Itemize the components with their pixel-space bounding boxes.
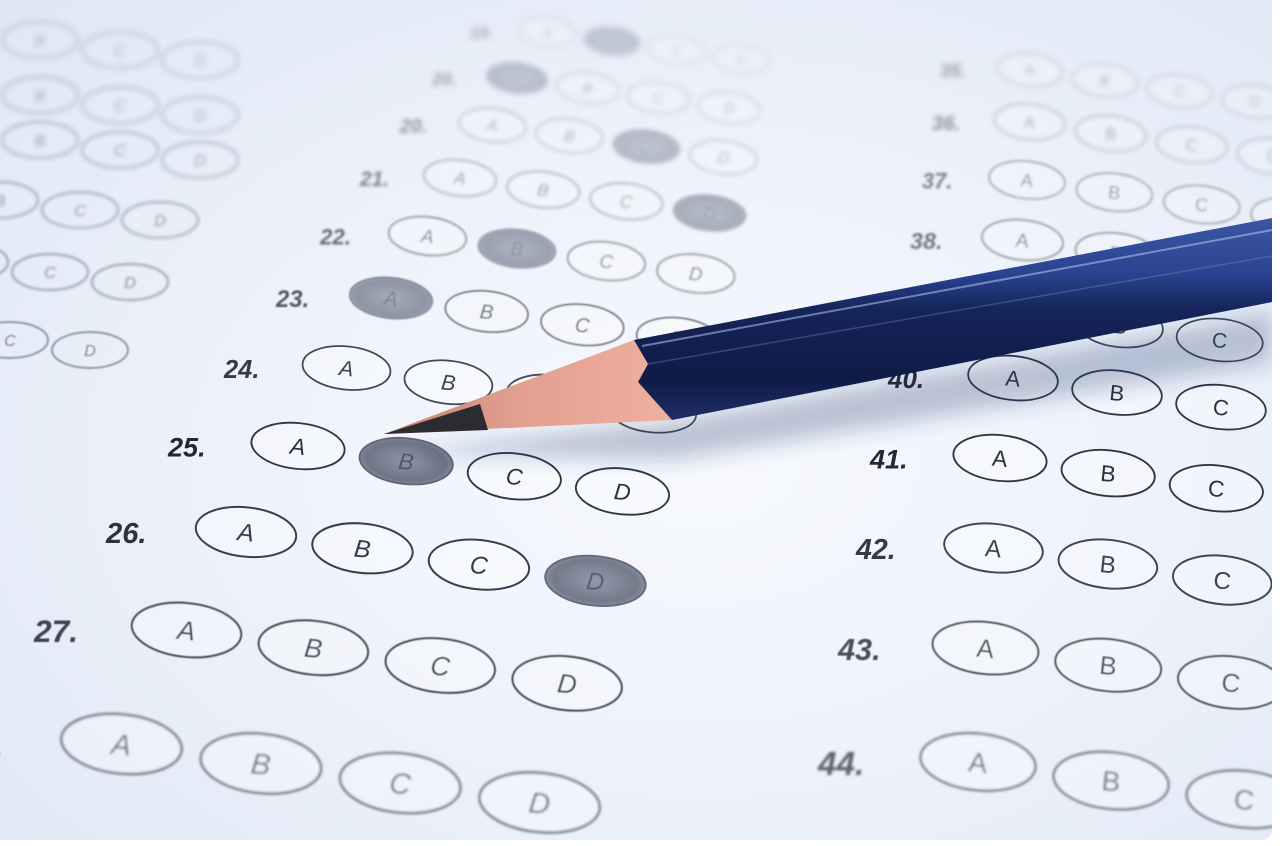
- bubble-b[interactable]: B: [198, 728, 324, 799]
- svg-text:B: B: [1099, 73, 1111, 91]
- svg-text:C: C: [469, 552, 490, 581]
- partial-row-fragment: BCD: [0, 244, 168, 300]
- svg-text:B: B: [1099, 460, 1117, 487]
- svg-text:B: B: [582, 80, 594, 98]
- bubble-b[interactable]: B: [1071, 61, 1139, 99]
- question-row-37: 37.ABCD: [922, 158, 1272, 239]
- question-row-42: 42.ABC: [855, 519, 1272, 610]
- question-row-27: 27.ABCD: [33, 598, 625, 716]
- question-number: 20.: [431, 69, 457, 89]
- svg-text:D: D: [194, 153, 206, 170]
- bubble-d[interactable]: D: [477, 767, 603, 838]
- svg-text:A: A: [967, 746, 989, 779]
- bubble-c[interactable]: C: [539, 300, 626, 349]
- bubble-b[interactable]: B: [1074, 113, 1147, 154]
- bubble-a[interactable]: A: [518, 16, 576, 49]
- bubble-c[interactable]: C: [647, 34, 705, 67]
- svg-text:D: D: [1248, 94, 1261, 112]
- svg-text:C: C: [1185, 134, 1199, 155]
- svg-text:D: D: [688, 264, 704, 286]
- svg-text:D: D: [702, 203, 717, 224]
- bubble-c[interactable]: C: [1174, 381, 1268, 434]
- svg-text:C: C: [1232, 784, 1255, 817]
- bubble-c[interactable]: C: [1155, 124, 1228, 165]
- svg-text:C: C: [114, 143, 126, 160]
- question-number: 20.: [399, 116, 427, 137]
- question-number: 35.: [940, 60, 966, 81]
- bubble-a[interactable]: A: [300, 342, 392, 394]
- svg-text:D: D: [717, 149, 731, 168]
- svg-text:C: C: [505, 463, 525, 491]
- svg-text:B: B: [303, 633, 324, 665]
- question-number: 43.: [837, 632, 881, 667]
- svg-text:D: D: [154, 213, 166, 230]
- answer-sheet-photo: 19.ABCD20.ABCD20.ABCD21.ABCD22.ABCD23.AB…: [0, 0, 1272, 840]
- svg-text:C: C: [44, 265, 56, 282]
- bubble-d[interactable]: D: [510, 651, 625, 716]
- bubble-d[interactable]: D: [655, 251, 736, 297]
- svg-text:A: A: [419, 226, 435, 248]
- svg-text:B: B: [1100, 765, 1122, 798]
- question-row-28: 28.ABCD: [0, 708, 603, 838]
- svg-text:C: C: [1212, 394, 1231, 421]
- bubble-b[interactable]: B: [443, 287, 530, 336]
- bubble-c[interactable]: C: [1162, 182, 1241, 227]
- svg-text:B: B: [35, 133, 46, 150]
- bubble-a[interactable]: A: [348, 274, 435, 323]
- bubble-a[interactable]: A: [58, 708, 184, 779]
- svg-text:C: C: [1207, 475, 1226, 503]
- bubble-d[interactable]: D: [574, 464, 672, 519]
- bubble-d[interactable]: D: [689, 138, 759, 177]
- svg-text:C: C: [1220, 667, 1242, 699]
- answer-sheet-scene: 19.ABCD20.ABCD20.ABCD21.ABCD22.ABCD23.AB…: [0, 0, 1272, 840]
- question-number: 42.: [855, 534, 896, 566]
- bubble-d[interactable]: D: [1221, 82, 1272, 120]
- bubble-d[interactable]: D: [712, 43, 770, 76]
- question-row-36: 36.ABCD: [932, 101, 1272, 177]
- bubble-b[interactable]: B: [506, 168, 581, 211]
- svg-text:B: B: [563, 127, 576, 146]
- bubble-b[interactable]: B: [1051, 747, 1171, 815]
- svg-text:A: A: [485, 116, 499, 135]
- svg-text:D: D: [84, 343, 96, 360]
- bubble-c[interactable]: C: [1146, 72, 1214, 110]
- question-number: 28.: [0, 726, 2, 765]
- bubble-b[interactable]: B: [1053, 634, 1164, 697]
- bubble-b[interactable]: B: [256, 615, 371, 680]
- svg-text:C: C: [598, 251, 614, 273]
- question-row-43: 43.ABC: [837, 617, 1272, 714]
- svg-text:A: A: [510, 70, 523, 88]
- bubble-d[interactable]: D: [1236, 135, 1272, 176]
- bubble-a[interactable]: A: [918, 728, 1038, 796]
- bubble-a[interactable]: A: [996, 51, 1064, 89]
- bubble-c[interactable]: C: [626, 80, 690, 116]
- svg-text:D: D: [556, 668, 578, 700]
- question-number: 22.: [319, 225, 351, 250]
- svg-text:B: B: [1104, 123, 1117, 144]
- svg-text:C: C: [4, 333, 16, 350]
- bubble-a[interactable]: A: [930, 617, 1041, 680]
- svg-text:D: D: [735, 52, 747, 68]
- svg-text:C: C: [114, 43, 126, 60]
- svg-text:C: C: [574, 314, 591, 337]
- question-number: 24.: [223, 356, 259, 384]
- bubble-d[interactable]: D: [543, 551, 648, 611]
- question-number: 41.: [869, 444, 908, 474]
- pencil-lead: [384, 404, 488, 434]
- bubble-a[interactable]: A: [129, 598, 244, 663]
- question-row-41: 41.ABC: [869, 430, 1265, 516]
- bubble-c[interactable]: C: [383, 633, 498, 698]
- svg-text:D: D: [723, 100, 736, 118]
- svg-text:D: D: [1266, 146, 1272, 167]
- svg-text:D: D: [585, 568, 606, 597]
- bubble-a[interactable]: A: [987, 158, 1066, 203]
- svg-text:A: A: [382, 288, 399, 311]
- svg-text:A: A: [452, 168, 467, 189]
- svg-text:C: C: [429, 650, 452, 682]
- svg-text:C: C: [1212, 567, 1232, 596]
- bubble-b[interactable]: B: [476, 226, 557, 272]
- svg-text:A: A: [541, 24, 553, 40]
- question-row-35: 35.ABCD: [940, 51, 1272, 121]
- bubble-b[interactable]: B: [310, 519, 415, 579]
- bubble-c[interactable]: C: [337, 747, 463, 818]
- partial-row-fragment: BCD: [2, 122, 238, 178]
- question-number: 23.: [275, 286, 309, 313]
- svg-text:B: B: [479, 301, 495, 324]
- bubble-b[interactable]: B: [357, 433, 455, 488]
- svg-text:B: B: [536, 179, 550, 200]
- bubble-b[interactable]: B: [535, 116, 605, 155]
- question-number: 27.: [33, 613, 78, 649]
- question-number: 38.: [910, 228, 943, 254]
- bubble-b[interactable]: B: [1056, 535, 1160, 593]
- bubble-a[interactable]: A: [942, 519, 1046, 577]
- question-number: 36.: [932, 113, 960, 135]
- bubble-c[interactable]: C: [465, 449, 563, 504]
- svg-text:D: D: [124, 275, 136, 292]
- svg-text:B: B: [1098, 551, 1117, 580]
- question-number: 44.: [817, 746, 864, 783]
- svg-text:C: C: [619, 191, 634, 212]
- bubble-c[interactable]: C: [1171, 551, 1272, 609]
- bubble-c[interactable]: C: [612, 127, 682, 166]
- svg-text:C: C: [114, 98, 126, 115]
- bubble-c[interactable]: C: [1175, 651, 1272, 714]
- bubble-b[interactable]: B: [1075, 170, 1154, 215]
- bubble-c[interactable]: C: [566, 238, 647, 284]
- svg-text:C: C: [388, 767, 413, 802]
- svg-text:B: B: [353, 535, 372, 564]
- bubble-a[interactable]: A: [422, 157, 497, 200]
- question-row-26: 26.ABCD: [105, 502, 648, 610]
- bubble-a[interactable]: A: [193, 502, 298, 562]
- svg-text:B: B: [249, 747, 272, 782]
- question-number: 26.: [105, 518, 146, 550]
- svg-text:C: C: [652, 90, 665, 108]
- bubble-a[interactable]: A: [980, 216, 1065, 264]
- bubble-c[interactable]: C: [1167, 461, 1265, 516]
- svg-text:C: C: [74, 203, 86, 220]
- question-number: 19.: [470, 24, 492, 42]
- svg-text:B: B: [35, 33, 46, 50]
- bubble-b[interactable]: B: [556, 70, 620, 106]
- svg-text:B: B: [35, 88, 46, 105]
- bubble-c[interactable]: C: [589, 180, 664, 223]
- bubble-a[interactable]: A: [485, 60, 549, 96]
- partial-row-fragment: BCD: [2, 22, 238, 78]
- partial-row-fragment: BCD: [0, 182, 198, 238]
- bubble-a[interactable]: A: [249, 418, 347, 473]
- bubble-b[interactable]: B: [583, 25, 641, 58]
- bubble-a[interactable]: A: [951, 430, 1049, 485]
- question-number: 25.: [167, 432, 206, 462]
- svg-text:B: B: [1107, 181, 1121, 203]
- svg-text:B: B: [0, 193, 6, 210]
- bubble-d[interactable]: D: [672, 192, 747, 235]
- svg-text:D: D: [613, 478, 632, 506]
- svg-text:B: B: [1098, 650, 1118, 682]
- bubble-a[interactable]: A: [458, 105, 528, 144]
- question-row-44: 44.ABC: [817, 728, 1272, 833]
- svg-text:D: D: [194, 53, 206, 70]
- bubble-b[interactable]: B: [1059, 445, 1157, 500]
- question-number: 21.: [359, 168, 389, 191]
- partial-row-fragment: BCD: [0, 312, 128, 368]
- svg-text:B: B: [607, 34, 618, 50]
- bubble-c[interactable]: C: [426, 535, 531, 595]
- bubble-a[interactable]: A: [993, 101, 1066, 142]
- svg-text:C: C: [640, 138, 654, 157]
- bubble-c[interactable]: C: [1184, 765, 1272, 833]
- svg-text:C: C: [1194, 194, 1209, 216]
- svg-text:B: B: [440, 369, 457, 395]
- svg-text:B: B: [509, 239, 524, 261]
- question-number: 37.: [922, 168, 952, 193]
- partial-row-fragment: BCD: [2, 77, 238, 133]
- bubble-a[interactable]: A: [387, 213, 468, 259]
- svg-text:D: D: [194, 108, 206, 125]
- svg-text:C: C: [1173, 83, 1186, 101]
- svg-text:C: C: [671, 43, 683, 59]
- bubble-d[interactable]: D: [697, 90, 761, 126]
- svg-text:D: D: [527, 786, 552, 821]
